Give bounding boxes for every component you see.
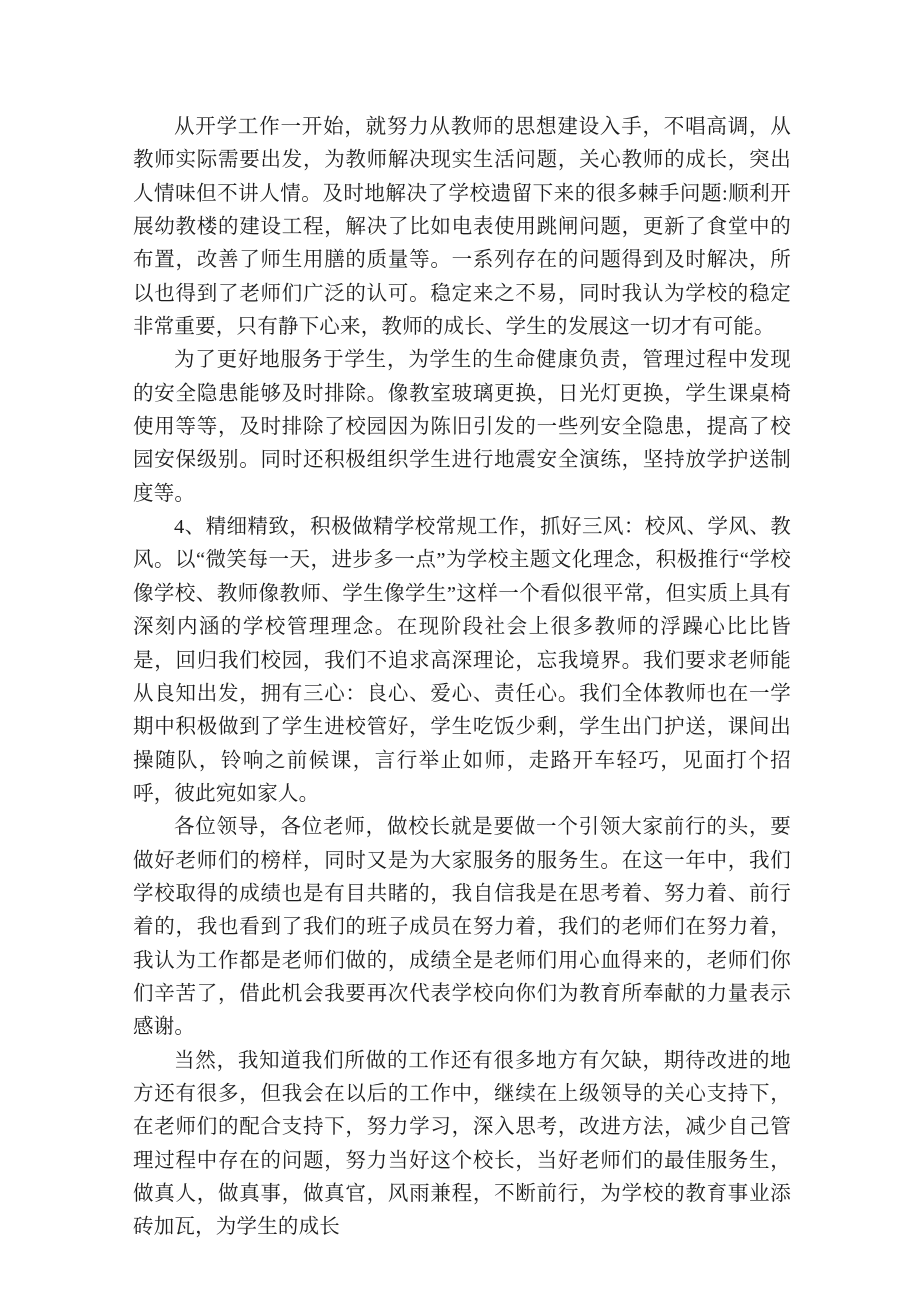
paragraph-student-safety: 为了更好地服务于学生，为学生的生命健康负责，管理过程中发现的安全隐患能够及时排除… bbox=[133, 344, 791, 511]
paragraph-principal-role-thanks: 各位领导，各位老师，做校长就是要做一个引领大家前行的头，要做好老师们的榜样，同时… bbox=[133, 811, 791, 1044]
document-text-body: 从开学工作一开始，就努力从教师的思想建设入手，不唱高调，从教师实际需要出发，为教… bbox=[133, 111, 791, 1245]
paragraph-closing-improvement: 当然，我知道我们所做的工作还有很多地方有欠缺，期待改进的地方还有很多，但我会在以… bbox=[133, 1045, 791, 1245]
document-page: 从开学工作一开始，就努力从教师的思想建设入手，不唱高调，从教师实际需要出发，为教… bbox=[0, 0, 920, 1301]
paragraph-school-start-work: 从开学工作一开始，就努力从教师的思想建设入手，不唱高调，从教师实际需要出发，为教… bbox=[133, 111, 791, 344]
paragraph-item-4-three-winds: 4、精细精致，积极做精学校常规工作，抓好三风：校风、学风、教风。以“微笑每一天，… bbox=[133, 511, 791, 811]
